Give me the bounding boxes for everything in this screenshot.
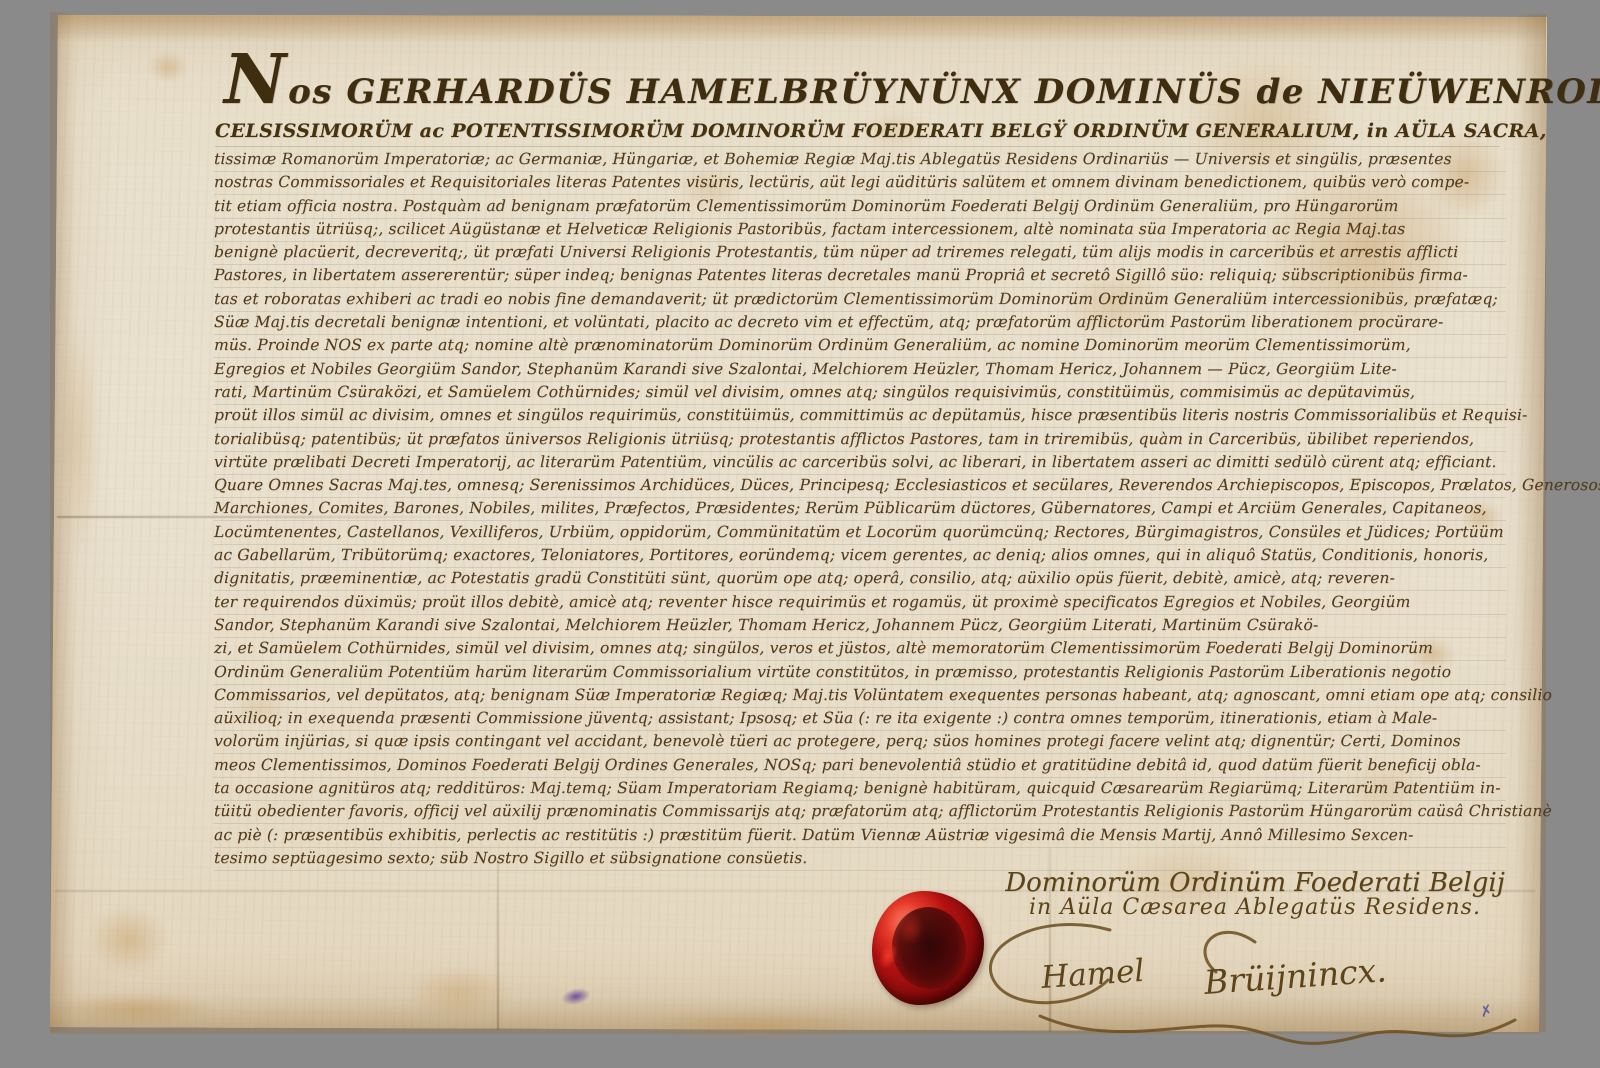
manuscript-line: benignè placüerit, decreveritq;, üt præf… (214, 242, 1506, 265)
signature-first-name: Hamel (1039, 953, 1145, 996)
manuscript-line: Sandor, Stephanüm Karandi sive Szalontai… (214, 615, 1506, 638)
closing-title-line: Dominorüm Ordinüm Foederati Belgij (985, 868, 1525, 898)
manuscript-line: ac Gabellarüm, Tribütorümq; exactores, T… (214, 545, 1506, 568)
signature: Hamel Brüijnincx. (950, 908, 1530, 1058)
manuscript-line: Ordinüm Generaliüm Potentiüm harüm liter… (214, 662, 1506, 685)
manuscript-line: ter requirendos düximüs; proüt illos deb… (214, 592, 1506, 615)
manuscript-line: zi, et Samüelem Cothürnides, simül vel d… (214, 638, 1506, 661)
seal-crest-highlight (896, 911, 924, 945)
manuscript-line: Pastores, in libertatem assererentür; sü… (214, 265, 1506, 288)
manuscript-line: aüxilioq; in exequenda præsenti Commissi… (214, 708, 1506, 731)
manuscript-line: meos Clementissimos, Dominos Foederati B… (214, 755, 1506, 778)
manuscript-line: tüitü obedienter favoris, officij vel aü… (214, 801, 1506, 824)
manuscript-line: Süæ Maj.tis decretali benignæ intentioni… (214, 312, 1506, 335)
manuscript-line: dignitatis, præeminentiæ, ac Potestatis … (214, 568, 1506, 591)
manuscript-line: volorüm injürias, si quæ ipsis contingan… (214, 731, 1506, 754)
signature-last-name: Brüijnincx. (1202, 950, 1388, 1002)
manuscript-line: torialibüsq; patentibüs; üt præfatos üni… (214, 429, 1506, 452)
manuscript-line: müs. Proinde NOS ex parte atq; nomine al… (214, 335, 1506, 358)
manuscript-line: Quare Omnes Sacras Maj.tes, omnesq; Sere… (214, 475, 1506, 498)
manuscript-line: Commissarios, vel depütatos, atq; benign… (214, 685, 1506, 708)
heading-text: os GERHARDÜS HAMELBRÜYNÜNX DOMINÜS de NI… (288, 72, 1600, 112)
signature-underline-flourish (1040, 1016, 1515, 1043)
manuscript-line: protestantis ütriüsq;, scilicet Aügüstan… (214, 219, 1506, 242)
manuscript-line: virtüte prælibati Decreti Imperatorij, a… (214, 452, 1506, 475)
manuscript-line: Locümtenentes, Castellanos, Vexilliferos… (214, 522, 1506, 545)
heading-initial: N (224, 40, 288, 120)
manuscript-line: nostras Commissoriales et Requisitoriale… (214, 172, 1506, 195)
manuscript-subheading: CELSISSIMORÜM ac POTENTISSIMORÜM DOMINOR… (215, 118, 1500, 147)
manuscript-line: Marchiones, Comites, Barones, Nobiles, m… (214, 498, 1506, 521)
parchment-top-edge-stain (52, 13, 1546, 43)
manuscript-line: proüt illos simül ac divisim, omnes et s… (214, 405, 1506, 428)
manuscript-line: Egregios et Nobiles Georgiüm Sandor, Ste… (214, 359, 1506, 382)
manuscript-line: rati, Martinüm Csüraközi, et Samüelem Co… (214, 382, 1506, 405)
photograph-background: Nos GERHARDÜS HAMELBRÜYNÜNX DOMINÜS de N… (0, 0, 1600, 1068)
parchment-left-edge-shadow (50, 12, 76, 1032)
manuscript-line: tissimæ Romanorüm Imperatoriæ; ac German… (214, 149, 1506, 172)
manuscript-line: ta occasione agnitüros atq; redditüros: … (214, 778, 1506, 801)
manuscript-line: tas et roboratas exhiberi ac tradi eo no… (214, 289, 1506, 312)
manuscript-body: tissimæ Romanorüm Imperatoriæ; ac German… (214, 149, 1506, 871)
manuscript-line: tit etiam officia nostra. Postquàm ad be… (214, 196, 1506, 219)
manuscript-line: ac piè (: præsentibüs exhibitis, perlect… (214, 825, 1506, 848)
manuscript-heading: Nos GERHARDÜS HAMELBRÜYNÜNX DOMINÜS de N… (224, 40, 1514, 120)
